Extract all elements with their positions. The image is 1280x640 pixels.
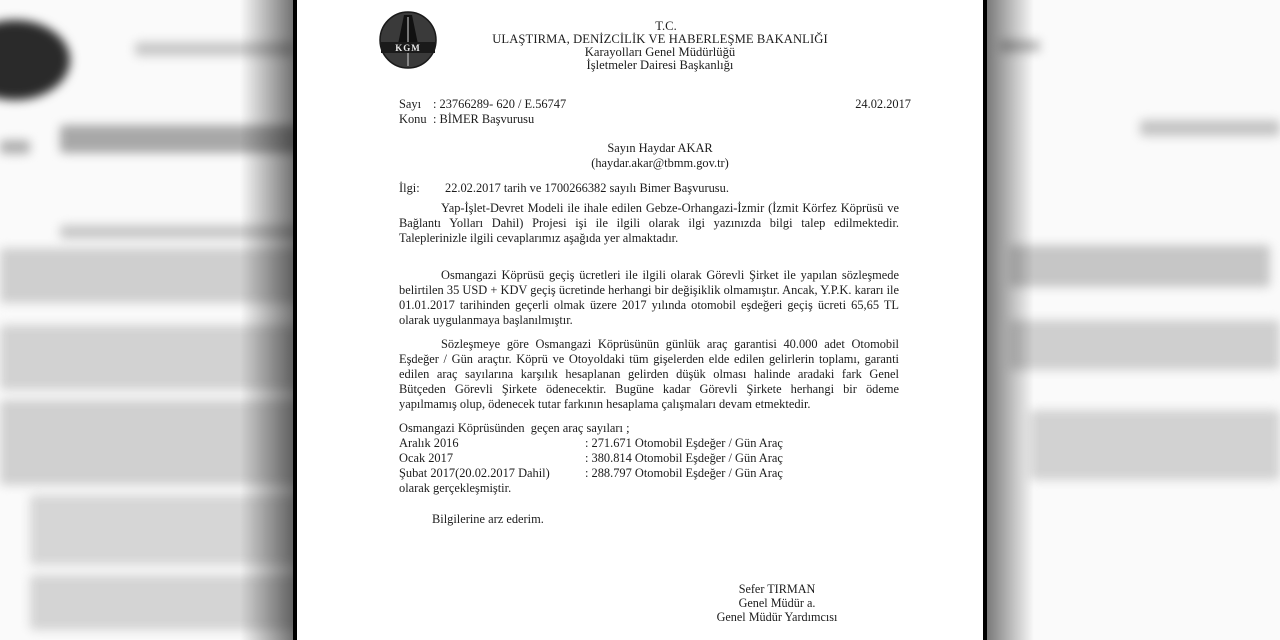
count-row: Ocak 2017 : 380.814 Otomobil Eşdeğer / G… — [399, 451, 783, 466]
count-value: : 271.671 Otomobil Eşdeğer / Gün Araç — [585, 436, 783, 451]
signatory-title-1: Genel Müdür a. — [697, 596, 857, 610]
vehicle-counts-title: Osmangazi Köprüsünden geçen araç sayılar… — [399, 421, 783, 436]
count-period: Aralık 2016 — [399, 436, 585, 451]
letter-page: KGM T.C. ULAŞTIRMA, DENİZCİLİK VE HABERL… — [293, 0, 987, 640]
count-row: Aralık 2016 : 271.671 Otomobil Eşdeğer /… — [399, 436, 783, 451]
paragraph-2: Osmangazi Köprüsü geçiş ücretleri ile il… — [399, 268, 899, 328]
addressee-email: (haydar.akar@tbmm.gov.tr) — [337, 156, 983, 171]
vehicle-counts: Osmangazi Köprüsünden geçen araç sayılar… — [399, 421, 783, 496]
signatory-title-2: Genel Müdür Yardımcısı — [697, 610, 857, 624]
sayi-value: : 23766289- 620 / E.56747 — [433, 97, 566, 112]
count-period: Ocak 2017 — [399, 451, 585, 466]
konu-label: Konu — [399, 112, 433, 127]
count-value: : 380.814 Otomobil Eşdeğer / Gün Araç — [585, 451, 783, 466]
count-row: Şubat 2017(20.02.2017 Dahil) : 288.797 O… — [399, 466, 783, 481]
addressee-name: Sayın Haydar AKAR — [337, 141, 983, 156]
blurred-logo — [0, 20, 70, 100]
signatory-name: Sefer TIRMAN — [697, 582, 857, 596]
reference-block: Sayı : 23766289- 620 / E.56747 Konu : Bİ… — [399, 97, 566, 127]
paragraph-1: Yap-İşlet-Devret Modeli ile ihale edilen… — [399, 201, 899, 246]
paragraph-3: Sözleşmeye göre Osmangazi Köprüsünün gün… — [399, 337, 899, 412]
letterhead: T.C. ULAŞTIRMA, DENİZCİLİK VE HABERLEŞME… — [297, 20, 983, 72]
ilgi-label: İlgi: — [399, 181, 445, 196]
addressee: Sayın Haydar AKAR (haydar.akar@tbmm.gov.… — [297, 141, 983, 171]
signature-block: Sefer TIRMAN Genel Müdür a. Genel Müdür … — [697, 582, 857, 624]
sayi-label: Sayı — [399, 97, 433, 112]
konu-value: : BİMER Başvurusu — [433, 112, 534, 127]
count-value: : 288.797 Otomobil Eşdeğer / Gün Araç — [585, 466, 783, 481]
closing-line: Bilgilerine arz ederim. — [432, 512, 544, 527]
ilgi-text: 22.02.2017 tarih ve 1700266382 sayılı Bi… — [445, 181, 729, 196]
letter-date: 24.02.2017 — [855, 97, 911, 112]
count-period: Şubat 2017(20.02.2017 Dahil) — [399, 466, 585, 481]
header-department: İşletmeler Dairesi Başkanlığı — [337, 59, 983, 72]
ilgi-line: İlgi: 22.02.2017 tarih ve 1700266382 say… — [399, 181, 729, 196]
vehicle-counts-footer: olarak gerçekleşmiştir. — [399, 481, 783, 496]
